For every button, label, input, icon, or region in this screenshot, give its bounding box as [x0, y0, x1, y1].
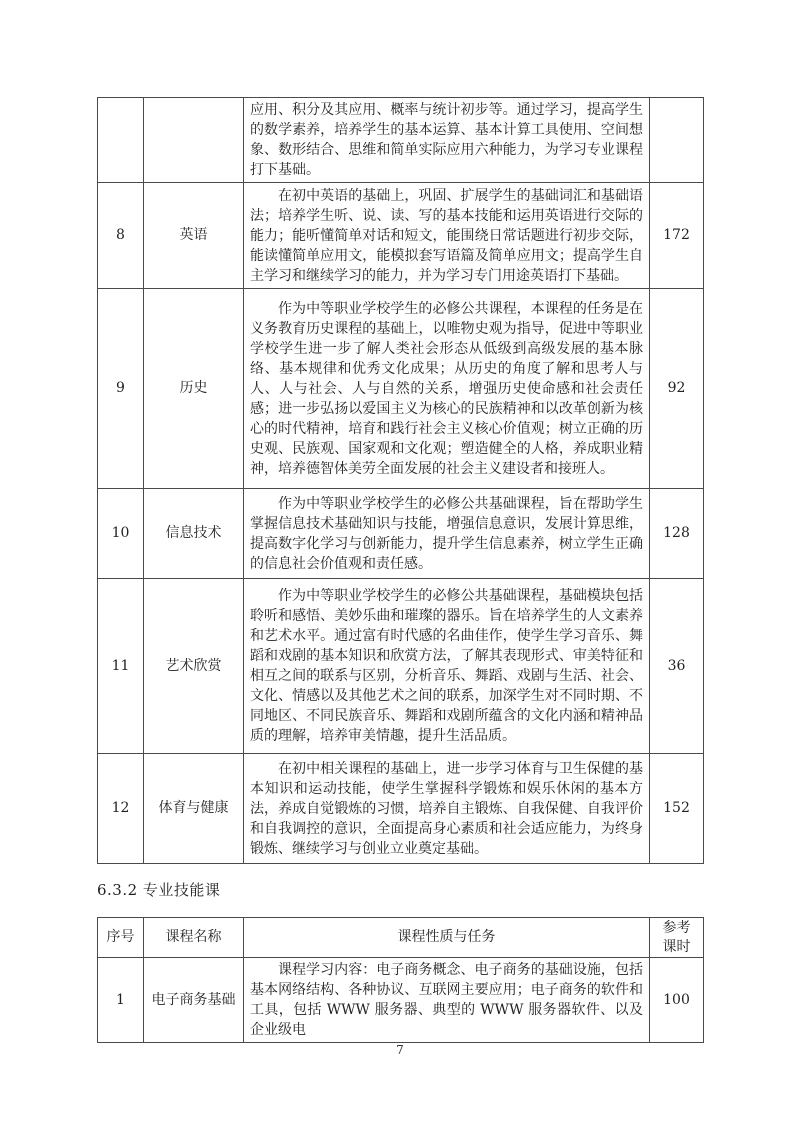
row-number — [98, 98, 144, 183]
page-number: 7 — [0, 1043, 800, 1057]
row-number: 12 — [98, 754, 144, 864]
course-name: 体育与健康 — [144, 754, 244, 864]
course-hours: 36 — [650, 579, 704, 754]
row-number: 9 — [98, 289, 144, 489]
course-description: 作为中等职业学校学生的必修公共课程，本课程的任务是在义务教育历史课程的基础上，以… — [244, 289, 650, 489]
course-description: 课程学习内容：电子商务概念、电子商务的基础设施，包括基本网络结构、各种协议、互联… — [244, 958, 650, 1043]
course-name: 艺术欣赏 — [144, 579, 244, 754]
course-name: 电子商务基础 — [144, 958, 244, 1043]
course-description: 在初中相关课程的基础上，进一步学习体育与卫生保健的基本知识和运动技能，使学生掌握… — [244, 754, 650, 864]
row-number: 11 — [98, 579, 144, 754]
table-row-math-continued: 应用、积分及其应用、概率与统计初步等。通过学习，提高学生的数学素养，培养学生的基… — [98, 98, 704, 183]
table-row-history: 9 历史 作为中等职业学校学生的必修公共课程，本课程的任务是在义务教育历史课程的… — [98, 289, 704, 489]
course-name: 英语 — [144, 183, 244, 289]
table-row-information-technology: 10 信息技术 作为中等职业学校学生的必修公共基础课程，旨在帮助学生掌握信息技术… — [98, 489, 704, 579]
table-row-physical-education: 12 体育与健康 在初中相关课程的基础上，进一步学习体育与卫生保健的基本知识和运… — [98, 754, 704, 864]
course-description: 作为中等职业学校学生的必修公共基础课程，基础模块包括聆听和感悟、美妙乐曲和璀璨的… — [244, 579, 650, 754]
course-description: 在初中英语的基础上，巩固、扩展学生的基础词汇和基础语法；培养学生听、说、读、写的… — [244, 183, 650, 289]
course-name — [144, 98, 244, 183]
header-description: 课程性质与任务 — [244, 918, 650, 958]
course-hours: 100 — [650, 958, 704, 1043]
course-hours: 128 — [650, 489, 704, 579]
row-number: 8 — [98, 183, 144, 289]
course-description: 应用、积分及其应用、概率与统计初步等。通过学习，提高学生的数学素养，培养学生的基… — [244, 98, 650, 183]
general-courses-table: 应用、积分及其应用、概率与统计初步等。通过学习，提高学生的数学素养，培养学生的基… — [97, 97, 704, 864]
header-course-name: 课程名称 — [144, 918, 244, 958]
course-hours: 172 — [650, 183, 704, 289]
table-row-ecommerce-basics: 1 电子商务基础 课程学习内容：电子商务概念、电子商务的基础设施，包括基本网络结… — [98, 958, 704, 1043]
course-description: 作为中等职业学校学生的必修公共基础课程，旨在帮助学生掌握信息技术基础知识与技能，… — [244, 489, 650, 579]
course-hours: 92 — [650, 289, 704, 489]
section-heading: 6.3.2 专业技能课 — [97, 880, 703, 900]
course-hours — [650, 98, 704, 183]
course-name: 信息技术 — [144, 489, 244, 579]
row-number: 10 — [98, 489, 144, 579]
document-page: 应用、积分及其应用、概率与统计初步等。通过学习，提高学生的数学素养，培养学生的基… — [0, 0, 800, 1130]
header-hours: 参考课时 — [650, 918, 704, 958]
course-name: 历史 — [144, 289, 244, 489]
table-row-english: 8 英语 在初中英语的基础上，巩固、扩展学生的基础词汇和基础语法；培养学生听、说… — [98, 183, 704, 289]
table-row-art-appreciation: 11 艺术欣赏 作为中等职业学校学生的必修公共基础课程，基础模块包括聆听和感悟、… — [98, 579, 704, 754]
course-hours: 152 — [650, 754, 704, 864]
table-header-row: 序号 课程名称 课程性质与任务 参考课时 — [98, 918, 704, 958]
header-number: 序号 — [98, 918, 144, 958]
page-content: 应用、积分及其应用、概率与统计初步等。通过学习，提高学生的数学素养，培养学生的基… — [97, 97, 703, 1043]
skill-courses-table: 序号 课程名称 课程性质与任务 参考课时 1 电子商务基础 课程学习内容：电子商… — [97, 917, 704, 1043]
row-number: 1 — [98, 958, 144, 1043]
